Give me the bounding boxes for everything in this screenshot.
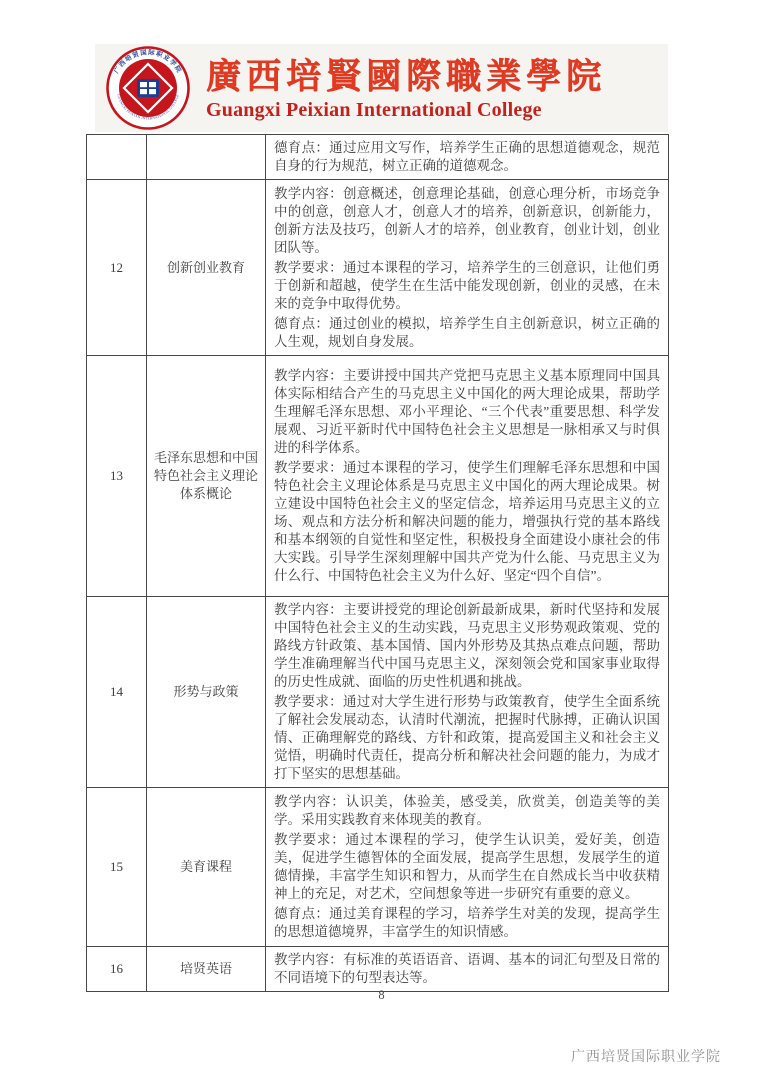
course-description-paragraph: 教学要求：通过本课程的学习，使学生认识美，爱好美，创造美，促进学生德智体的全面发… <box>274 831 660 903</box>
course-name-cell: 形势与政策 <box>147 597 266 788</box>
course-number-cell <box>87 135 147 180</box>
course-name-cell: 创新创业教育 <box>147 180 266 356</box>
college-titles: 廣西培賢國際職業學院 Guangxi Peixian International… <box>192 55 668 122</box>
course-number-cell: 15 <box>87 788 147 947</box>
table-row: 12创新创业教育教学内容：创意概述，创意理论基础，创意心理分析，市场竞争中的创意… <box>87 180 669 356</box>
course-number-cell: 16 <box>87 947 147 992</box>
document-page: 广西培贤国际职业学院 GUANGXI PEIXIAN INTERNATIONAL… <box>0 0 763 1080</box>
course-description-paragraph: 教学内容：主要讲授中国共产党把马克思主义基本原理同中国具体实际相结合产生的马克思… <box>274 367 660 457</box>
course-description-paragraph: 教学内容：认识美，体验美，感受美，欣赏美，创造美等的美学。采用实践教育来体现美的… <box>274 793 660 829</box>
course-description-cell: 教学内容：创意概述，创意理论基础，创意心理分析，市场竞争中的创意，创意人才，创意… <box>266 180 669 356</box>
course-description-cell: 教学内容：认识美，体验美，感受美，欣赏美，创造美等的美学。采用实践教育来体现美的… <box>266 788 669 947</box>
course-name-cell <box>147 135 266 180</box>
college-name-chinese: 廣西培賢國際職業學院 <box>206 57 668 97</box>
course-table: 德育点：通过应用文写作，培养学生正确的思想道德观念，规范自身的行为规范，树立正确… <box>86 134 669 992</box>
course-table-wrap: 德育点：通过应用文写作，培养学生正确的思想道德观念，规范自身的行为规范，树立正确… <box>86 134 669 992</box>
table-row: 16培贤英语教学内容：有标准的英语语音、语调、基本的词汇句型及日常的不同语境下的… <box>87 947 669 992</box>
table-row: 14形势与政策教学内容：主要讲授党的理论创新最新成果，新时代坚持和发展中国特色社… <box>87 597 669 788</box>
course-number-cell: 14 <box>87 597 147 788</box>
course-description-cell: 教学内容：主要讲授党的理论创新最新成果，新时代坚持和发展中国特色社会主义的生动实… <box>266 597 669 788</box>
course-description-paragraph: 德育点：通过美育课程的学习，培养学生对美的发现，提高学生的思想道德境界，丰富学生… <box>274 905 660 941</box>
course-description-cell: 教学内容：主要讲授中国共产党把马克思主义基本原理同中国具体实际相结合产生的马克思… <box>266 356 669 597</box>
course-description-paragraph: 教学要求：通过本课程的学习，培养学生的三创意识，让他们勇于创新和超越，使学生在生… <box>274 259 660 313</box>
page-number: 8 <box>0 988 763 1003</box>
course-description-paragraph: 德育点：通过创业的模拟，培养学生自主创新意识，树立正确的人生观，规划自身发展。 <box>274 315 660 351</box>
table-row: 德育点：通过应用文写作，培养学生正确的思想道德观念，规范自身的行为规范，树立正确… <box>87 135 669 180</box>
course-name-cell: 培贤英语 <box>147 947 266 992</box>
college-header-banner: 广西培贤国际职业学院 GUANGXI PEIXIAN INTERNATIONAL… <box>95 44 668 132</box>
course-description-paragraph: 教学要求：通过对大学生进行形势与政策教育，使学生全面系统了解社会发展动态，认清时… <box>274 693 660 783</box>
college-logo: 广西培贤国际职业学院 GUANGXI PEIXIAN INTERNATIONAL… <box>104 46 192 130</box>
course-name-cell: 毛泽东思想和中国特色社会主义理论体系概论 <box>147 356 266 597</box>
course-description-paragraph: 德育点：通过应用文写作，培养学生正确的思想道德观念，规范自身的行为规范，树立正确… <box>274 139 660 175</box>
course-table-body: 德育点：通过应用文写作，培养学生正确的思想道德观念，规范自身的行为规范，树立正确… <box>87 135 669 992</box>
course-name-cell: 美育课程 <box>147 788 266 947</box>
table-row: 13毛泽东思想和中国特色社会主义理论体系概论教学内容：主要讲授中国共产党把马克思… <box>87 356 669 597</box>
logo-book-icon <box>137 79 159 97</box>
college-logo-emblem: 广西培贤国际职业学院 GUANGXI PEIXIAN INTERNATIONAL… <box>106 46 190 130</box>
course-description-paragraph: 教学内容：主要讲授党的理论创新最新成果，新时代坚持和发展中国特色社会主义的生动实… <box>274 601 660 691</box>
course-description-cell: 教学内容：有标准的英语语音、语调、基本的词汇句型及日常的不同语境下的句型表达等。 <box>266 947 669 992</box>
course-description-paragraph: 教学要求：通过本课程的学习，使学生们理解毛泽东思想和中国特色社会主义理论体系是马… <box>274 459 660 585</box>
course-description-paragraph: 教学内容：有标准的英语语音、语调、基本的词汇句型及日常的不同语境下的句型表达等。 <box>274 951 660 987</box>
course-number-cell: 12 <box>87 180 147 356</box>
table-row: 15美育课程教学内容：认识美，体验美，感受美，欣赏美，创造美等的美学。采用实践教… <box>87 788 669 947</box>
course-description-paragraph: 教学内容：创意概述，创意理论基础，创意心理分析，市场竞争中的创意，创意人才，创意… <box>274 185 660 257</box>
course-number-cell: 13 <box>87 356 147 597</box>
college-name-english: Guangxi Peixian International College <box>206 98 668 122</box>
course-description-cell: 德育点：通过应用文写作，培养学生正确的思想道德观念，规范自身的行为规范，树立正确… <box>266 135 669 180</box>
watermark-college-name: 广西培贤国际职业学院 <box>571 1046 721 1066</box>
